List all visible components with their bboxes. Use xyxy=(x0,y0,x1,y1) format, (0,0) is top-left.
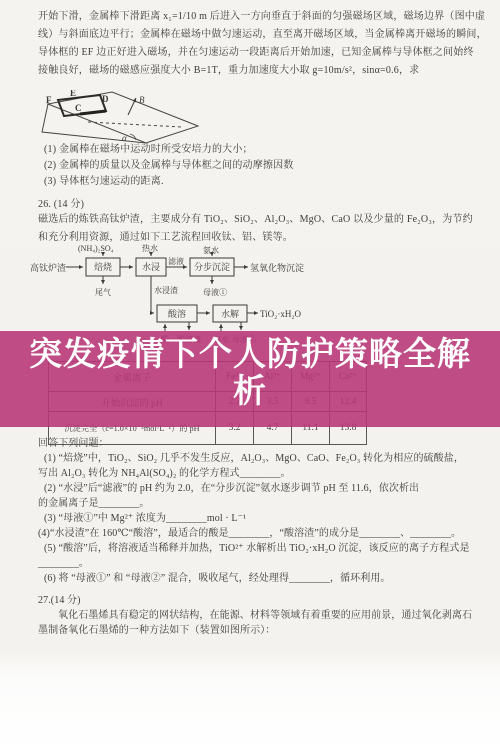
metal-rod xyxy=(80,111,106,114)
field-boundary-dashed-line xyxy=(88,122,182,127)
paragraph-line: 开始下滑，金属棒下滑距离 x₁=1/10 m 后进入一方向垂直于斜面的匀强磁场区… xyxy=(38,8,487,26)
answer-line: (4)“水浸渣”在 160℃“酸溶”，最适合的酸是________，“酸溶渣”的… xyxy=(38,526,470,541)
question-item: (2) 金属棒的质量以及金属棒与导体框之间的动摩擦因数 xyxy=(44,158,294,174)
answer-line: (3) “母液①”中 Mg²⁺ 浓度为________mol · L⁻¹ xyxy=(38,511,470,526)
answer-line: (5) “酸溶”后，将溶液适当稀释并加热，TiO²⁺ 水解析出 TiO₂·xH₂… xyxy=(38,541,470,556)
hot-water-label: 热水 xyxy=(142,243,158,253)
banner-title-line2: 析 xyxy=(233,372,267,409)
box-hydrolysis-label: 水解 xyxy=(221,308,239,319)
answer-line: (6) 将 “母液①” 和 “母液②” 混合，吸收尾气，经处理得________… xyxy=(38,571,470,586)
paragraph-line: 墨制备氧化石墨烯的一种方法如下（装置如图所示）： xyxy=(38,623,472,638)
label-d: D xyxy=(102,94,109,104)
mother-liquor1-label: 母液① xyxy=(203,287,227,297)
q27-section: 27.(14 分) 氧化石墨烯具有稳定的网状结构，在能源、材料等领域有着重要的应… xyxy=(38,593,472,638)
label-b: B xyxy=(139,95,145,105)
flow-source-label: 高钛炉渣 xyxy=(30,262,66,273)
hydroxide-precipitate-label: 氢氧化物沉淀 xyxy=(250,262,304,273)
overlay-banner: 突发疫情下个人防护策略全解 析 xyxy=(0,331,500,427)
ammonia-label: 氨水 xyxy=(203,245,219,255)
leach-residue-label: 水浸渣 xyxy=(154,285,178,295)
box-water-leach-label: 水浸 xyxy=(142,261,160,272)
question-item: (1) 金属棒在磁场中运动时所受安培力的大小； xyxy=(44,142,294,158)
q27-heading: 27.(14 分) xyxy=(38,593,472,608)
box-acid-dissolve-label: 酸溶 xyxy=(168,308,186,319)
physics-question-list: (1) 金属棒在磁场中运动时所受安培力的大小； (2) 金属棒的质量以及金属棒与… xyxy=(44,142,294,190)
box-stepwise-precipitation-label: 分步沉淀 xyxy=(194,261,230,272)
answer-line: (1) “焙烧”中，TiO₂、SiO₂ 几乎不发生反应，Al₂O₃、MgO、Ca… xyxy=(38,451,470,466)
question-item: (3) 导体框匀速运动的距离. xyxy=(44,174,294,190)
tail-gas-label: 尾气 xyxy=(95,287,111,297)
answer-line: 的金属离子是________。 xyxy=(38,496,470,511)
physics-intro-paragraph: 开始下滑，金属棒下滑距离 x₁=1/10 m 后进入一方向垂直于斜面的匀强磁场区… xyxy=(38,8,487,80)
banner-title-line1: 突发疫情下个人防护策略全解 xyxy=(29,335,471,372)
paragraph-line: 氧化石墨烯具有稳定的网状结构，在能源、材料等领域有着重要的应用前景，通过氧化剥离… xyxy=(38,608,472,623)
paragraph-line: 线）与斜面底边平行；金属棒在磁场中做匀速运动，直至离开磁场区域，当金属棒离开磁场… xyxy=(38,26,487,44)
ammonium-sulfate-label: (NH₄)₂SO₄ xyxy=(78,244,114,253)
paragraph-line: 接触良好，磁场的磁感应强度大小 B=1T，重力加速度大小取 g=10m/s²，s… xyxy=(38,62,487,80)
answer-line: (2) “水浸”后“滤液”的 pH 约为 2.0，在“分步沉淀”氨水逐步调节 p… xyxy=(38,481,470,496)
inclined-plane-svg: E F C D B α xyxy=(30,90,235,148)
q26-intro: 磁选后的炼铁高钛炉渣，主要成分有 TiO₂、SiO₂、Al₂O₃、MgO、CaO… xyxy=(38,211,473,247)
scanned-exam-page: 开始下滑，金属棒下滑距离 x₁=1/10 m 后进入一方向垂直于斜面的匀强磁场区… xyxy=(0,0,500,754)
filtrate-label: 滤液 xyxy=(168,256,184,266)
paragraph-line: 磁选后的炼铁高钛炉渣，主要成分有 TiO₂、SiO₂、Al₂O₃、MgO、CaO… xyxy=(38,211,473,229)
label-f: F xyxy=(46,95,52,105)
answer-prompt: 回答下列问题： xyxy=(38,436,470,451)
label-c: C xyxy=(75,103,82,113)
answer-line: ________。 xyxy=(38,556,470,571)
answer-line: 写出 Al₂O₃ 转化为 NH₄Al(SO₄)₂ 的化学方程式________。 xyxy=(38,466,470,481)
b-field-arrow xyxy=(128,98,136,115)
label-e: E xyxy=(70,90,76,98)
tio2-hydrate-label: TiO₂·xH₂O xyxy=(260,309,301,319)
paragraph-line: 导体框的 EF 边正好进入磁场，并在匀速运动一段距离后开始加速，已知金属棒与导体… xyxy=(38,44,487,62)
q26-answer-section: 回答下列问题： (1) “焙烧”中，TiO₂、SiO₂ 几乎不发生反应，Al₂O… xyxy=(38,436,470,586)
box-roast-label: 焙烧 xyxy=(94,261,112,272)
